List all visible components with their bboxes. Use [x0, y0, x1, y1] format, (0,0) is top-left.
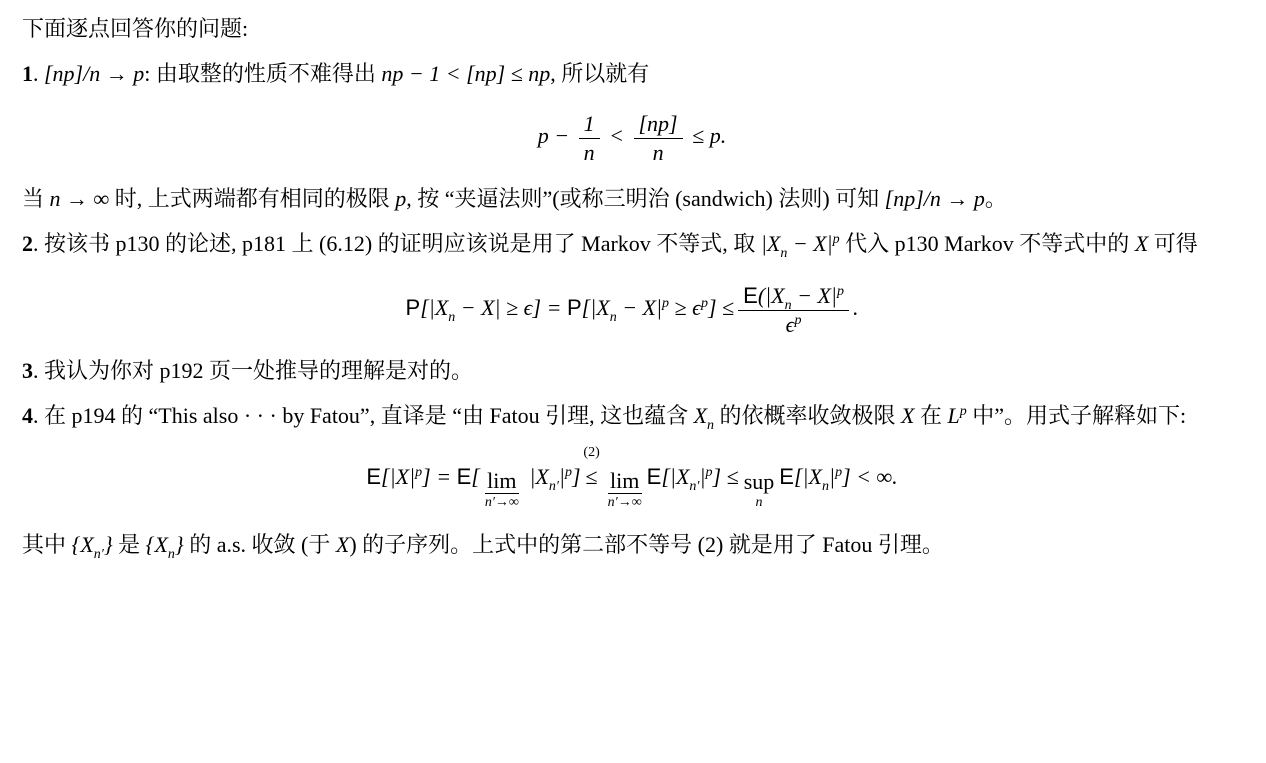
- math-run: X: [1135, 231, 1148, 256]
- text-run: 是: [113, 532, 146, 557]
- fraction: [np]n: [634, 110, 683, 166]
- math-run: [np]/n → p: [885, 186, 985, 211]
- fraction-denominator: n: [634, 139, 683, 167]
- text-run: 的依概率收敛极限: [714, 403, 901, 428]
- math-run: }: [175, 532, 184, 557]
- closing-paragraph: 其中 {Xn′} 是 {Xn} 的 a.s. 收敛 (于 X) 的子序列。上式中…: [22, 522, 1242, 567]
- text-run: 可得: [1148, 231, 1198, 256]
- math-run: ] ≤: [713, 464, 739, 489]
- superscript: p: [960, 404, 967, 419]
- liminf-subscript: n′→∞: [485, 494, 519, 512]
- text-run: , 所以就有: [550, 61, 649, 86]
- math-run: ≥ ϵ: [669, 295, 701, 320]
- math-run: ] ≤: [708, 295, 734, 320]
- text-run: by Fatou”, 直译是 “由 Fatou 引理, 这也蕴含: [277, 403, 694, 428]
- subscript: n: [707, 418, 714, 433]
- text-run: 由取整的性质不难得出: [156, 61, 382, 86]
- sup-operator: supn: [744, 469, 775, 512]
- liminf-word: lim: [608, 468, 642, 494]
- math-run: (|X: [758, 283, 785, 308]
- superscript: p: [835, 465, 842, 480]
- item-1-separator: .: [33, 61, 44, 86]
- text-run: ) 的子序列。上式中的第二部不等号 (2) 就是用了 Fatou 引理。: [349, 532, 944, 557]
- math-run: [: [471, 464, 480, 489]
- probability-symbol: P: [567, 295, 582, 320]
- text-run: 时, 上式两端都有相同的极限: [109, 186, 395, 211]
- math-run: L: [948, 403, 960, 428]
- math-run: X: [336, 532, 349, 557]
- item-1-number: 1: [22, 61, 33, 86]
- math-run: − X| ≥ ϵ] =: [455, 295, 567, 320]
- math-run: [np]/n → p: [44, 61, 144, 86]
- cdots-run: · · ·: [244, 403, 277, 428]
- math-run: [|X|: [381, 464, 415, 489]
- fraction-denominator: ϵp: [738, 311, 849, 339]
- superscript: p: [662, 296, 669, 311]
- expectation-symbol: E: [366, 464, 381, 489]
- paragraph-sandwich-rule: 当 n → ∞ 时, 上式两端都有相同的极限 p, 按 “夹逼法则”(或称三明治…: [22, 176, 1242, 221]
- document-page: 下面逐点回答你的问题: 1. [np]/n → p: 由取整的性质不难得出 np…: [0, 0, 1266, 763]
- text-run: 的 a.s. 收敛 (于: [184, 532, 336, 557]
- item-2-number: 2: [22, 231, 33, 256]
- math-run: [|X: [582, 295, 610, 320]
- text-run: :: [144, 61, 156, 86]
- item-1-paragraph: 1. [np]/n → p: 由取整的性质不难得出 np − 1 < [np] …: [22, 51, 1242, 96]
- math-run: {X: [146, 532, 168, 557]
- math-run: X: [901, 403, 914, 428]
- text-run: 在 p194 的 “This also: [44, 403, 244, 428]
- fraction-numerator: E(|Xn − X|p: [738, 282, 849, 311]
- math-run: {X: [72, 532, 94, 557]
- display-formula-2: P[|Xn − X| ≥ ϵ] = P[|Xn − X|p ≥ ϵp] ≤E(|…: [22, 282, 1242, 338]
- display-formula-3: E[|X|p] = E[limn′→∞ |Xn′|p](2)≤limn′→∞E[…: [22, 464, 1242, 512]
- superscript: p: [706, 465, 713, 480]
- math-run: np − 1 < [np] ≤ np: [381, 61, 550, 86]
- item-4-number: 4: [22, 403, 33, 428]
- subscript: n: [610, 310, 617, 325]
- math-run: ] < ∞.: [842, 464, 898, 489]
- superscript: p: [701, 296, 708, 311]
- liminf-word: lim: [485, 468, 519, 494]
- math-run: X: [694, 403, 707, 428]
- item-4-separator: .: [33, 403, 44, 428]
- subscript: n′: [549, 479, 559, 494]
- item-2-separator: .: [33, 231, 44, 256]
- text-run: 当: [22, 186, 50, 211]
- annotated-inequality: (2)≤: [586, 464, 598, 490]
- expectation-symbol: E: [647, 464, 662, 489]
- math-run: p −: [538, 123, 575, 148]
- intro-text: 下面逐点回答你的问题:: [22, 16, 248, 41]
- expectation-symbol: E: [743, 283, 758, 308]
- math-run: .: [853, 295, 859, 320]
- liminf-operator: limn′→∞: [608, 468, 642, 512]
- superscript: p: [833, 232, 840, 247]
- math-run: <: [604, 123, 630, 148]
- intro-paragraph: 下面逐点回答你的问题:: [22, 6, 1242, 51]
- text-run: 其中: [22, 532, 72, 557]
- inequality-symbol: ≤: [586, 464, 598, 489]
- fraction-numerator: 1: [579, 110, 600, 139]
- item-3-separator: .: [33, 358, 44, 383]
- expectation-symbol: E: [779, 464, 794, 489]
- math-run: ]: [572, 464, 581, 489]
- subscript: n′: [689, 479, 699, 494]
- fraction: 1n: [579, 110, 600, 166]
- text-run: 。: [985, 186, 1007, 211]
- subscript: n: [822, 479, 829, 494]
- superscript: p: [794, 313, 801, 328]
- superscript: p: [565, 465, 572, 480]
- math-run: }: [104, 532, 113, 557]
- text-run: 按该书 p130 的论述, p181 上 (6.12) 的证明应该说是用了 Ma…: [44, 231, 761, 256]
- display-formula-1: p − 1n < [np]n ≤ p.: [22, 110, 1242, 166]
- math-run: [|X: [420, 295, 448, 320]
- math-run: − X|: [792, 283, 837, 308]
- item-4-paragraph: 4. 在 p194 的 “This also · · · by Fatou”, …: [22, 393, 1242, 438]
- math-run: − X|: [787, 231, 832, 256]
- item-3-number: 3: [22, 358, 33, 383]
- inequality-label: (2): [583, 445, 599, 461]
- math-run: − X|: [617, 295, 662, 320]
- math-run: [|X: [794, 464, 822, 489]
- sup-word: sup: [744, 469, 775, 494]
- fraction-numerator: [np]: [634, 110, 683, 139]
- fraction-denominator: n: [579, 139, 600, 167]
- sup-subscript: n: [744, 494, 775, 512]
- math-run: |X: [524, 464, 549, 489]
- superscript: p: [837, 284, 844, 299]
- math-run: p: [395, 186, 406, 211]
- text-run: 代入 p130 Markov 不等式中的: [840, 231, 1135, 256]
- liminf-operator: limn′→∞: [485, 468, 519, 512]
- math-run: [|X: [661, 464, 689, 489]
- subscript: n: [168, 547, 175, 562]
- text-run: 中”。用式子解释如下:: [967, 403, 1186, 428]
- item-2-paragraph: 2. 按该书 p130 的论述, p181 上 (6.12) 的证明应该说是用了…: [22, 221, 1242, 266]
- liminf-subscript: n′→∞: [608, 494, 642, 512]
- math-run: |X: [761, 231, 781, 256]
- math-run: p.: [710, 123, 727, 148]
- text-run: 我认为你对 p192 页一处推导的理解是对的。: [44, 358, 473, 383]
- math-run: ≤: [687, 123, 710, 148]
- item-3-paragraph: 3. 我认为你对 p192 页一处推导的理解是对的。: [22, 348, 1242, 393]
- text-run: , 按 “夹逼法则”(或称三明治 (sandwich) 法则) 可知: [406, 186, 884, 211]
- probability-symbol: P: [406, 295, 421, 320]
- fraction: E(|Xn − X|pϵp: [738, 282, 849, 338]
- math-run: ] =: [422, 464, 456, 489]
- text-run: 在: [915, 403, 948, 428]
- math-run: n → ∞: [50, 186, 110, 211]
- subscript: n′: [94, 547, 104, 562]
- expectation-symbol: E: [457, 464, 472, 489]
